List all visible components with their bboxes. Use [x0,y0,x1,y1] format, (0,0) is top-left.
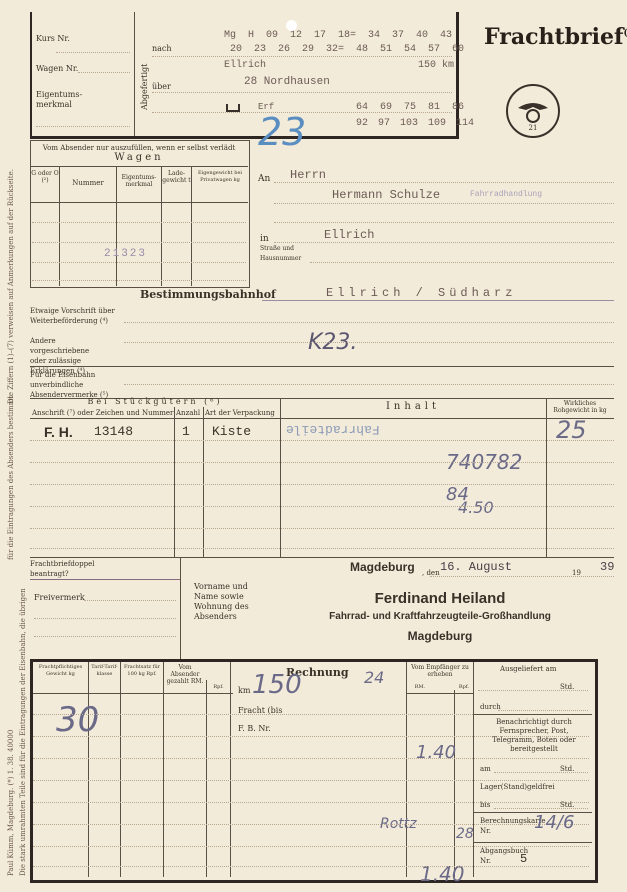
routing-via: 28 Nordhausen [244,76,330,88]
karte-label: Berechnungskarte Nr. [480,816,530,836]
ruled-line [33,802,589,803]
recipient-col-rpf: Rpf. [456,684,472,691]
ruled-line [32,280,246,281]
sender-label: Vorname und Name sowie Wohnung des Absen… [194,582,274,622]
side-text-middle: für die Eintragungen des Absenders besti… [6,394,16,560]
ueber-label: über [152,82,171,92]
ruled-line [30,440,614,441]
ruled-line [32,262,246,263]
routing-distance: 150 km [418,60,454,71]
goods-section-title: Bei Stückgütern (⁶) [30,397,280,407]
abgang-value: 5 [520,852,527,866]
wagen-label: Wagen Nr. [36,64,78,74]
recipient-col: Vom Empfänger zu erheben [407,664,473,678]
goods-number: 13148 [94,424,133,439]
recipient-city: Ellrich [324,228,374,242]
goods-col-verpackung: Art der Verpackung [205,408,275,418]
ausgeliefert-field[interactable] [478,690,588,691]
destination-station-field[interactable] [262,300,614,301]
routing-row1: Mg H 09 12 17 18= 34 37 40 43 [224,30,452,41]
recipient-line-1[interactable] [274,182,614,183]
ruled-line [30,548,614,549]
wagen-col-eigentum: Eigentums-merkmal [117,174,161,188]
ruled-line [30,506,614,507]
billing-col-tarif: Tarif-Tarif-klasse [89,664,120,678]
frame-left [30,12,32,138]
side-text-lower: Die stark umrahmten Teile sind für die E… [18,588,28,876]
sender-city: Magdeburg [340,629,540,643]
salutation: Herrn [290,168,326,182]
recipient-line-3[interactable] [274,222,614,223]
goods-col-weight: Wirkliches Rohgewicht in kg [548,400,612,414]
handwritten-number: 23 [258,110,306,154]
kurs-field[interactable] [56,52,130,53]
reichsbahn-stamp: 21 [506,84,560,138]
street-field[interactable] [310,262,614,263]
wagen-col-lade: Lade-gewicht t [162,170,191,184]
routing-row4: 92 97 103 109 114 [356,118,474,129]
goods-col-anschrift: Anschrift (⁷) oder Zeichen und Nummer [32,408,173,418]
billing-col-frachtsatz: Frachtsatz für 100 kg Rpf. [121,664,163,678]
bis-label: bis [480,800,490,810]
eigentum-field[interactable] [36,126,130,127]
recipient-name-stamp: Fahrradhandlung [470,190,542,199]
sender-business: Fahrrad- und Kraftfahrzeugteile-Großhand… [290,611,590,622]
side-text-printer: Paul Kümm, Magdeburg. (*) 1. 38. 40000 [6,730,16,876]
billing-col-weight: Frachtpflichtiges Gewicht kg [33,664,88,678]
benachrichtigt-label: Benachrichtigt durch Fernsprecher, Post,… [478,718,590,754]
wagen-col-go: G oder O (²) [31,170,59,184]
vermerke-label: Für die Eisenbahn unverbindliche Absende… [30,370,120,400]
kurs-label: Kurs Nr. [36,34,70,44]
ruled-line [30,462,614,463]
abgefertigt-label: Abgefertigt [140,64,150,110]
eigentum-label: Eigentums-merkmal [36,90,76,110]
ruled-line [32,242,246,243]
sender-name: Ferdinand Heiland [340,590,540,607]
goods-packaging: Kiste [212,424,251,439]
goods-col-inhalt: Inhalt [280,401,546,412]
vermerke-field[interactable] [124,384,614,385]
goods-mark: F. H. [44,424,73,440]
destination-station-label: Bestimmungsbahnhof [140,288,276,301]
km-value: 150 [252,670,302,700]
ruled-line [30,484,614,485]
billing-col-rpf: Rpf. [207,684,230,691]
recipient-rpf-value: 28 [456,826,474,842]
svg-text:21: 21 [529,124,538,132]
wagen-title: Wagen [30,152,248,163]
in-label: in [260,234,269,244]
fbnr-label: F. B. Nr. [238,724,271,734]
billing-col-gezahlt: Vom Absender gezahlt RM. [164,664,206,685]
wagen-col-eigengewicht: Eigengewicht bei Privatwagen kg [192,170,248,184]
ruled-line [33,866,589,867]
destination-station-value: Ellrich / Südharz [326,286,516,300]
doppel-label: Frachtbriefdoppel beantragt? [30,559,110,579]
goods-count: 1 [182,424,190,439]
date: 16. August [440,560,512,574]
form-title: Frachtbrief(¹) [484,24,627,50]
weiter-field[interactable] [124,322,614,323]
bis-field[interactable] [494,808,588,809]
an-label: An [258,174,270,184]
checkbox-icon [226,104,240,112]
am-label: am [480,764,491,774]
weiter-label: Etwaige Vorschrift über Weiterbeförderun… [30,306,120,326]
date-field[interactable] [430,576,614,577]
goods-note-3: 4.50 [458,498,494,517]
am-field[interactable] [494,772,588,773]
ausgeliefert-label: Ausgeliefert am [500,664,556,674]
recipient-col-rm: RM. [410,684,430,691]
city-line[interactable] [274,242,614,243]
ruled-line [32,222,246,223]
year: 39 [600,560,614,574]
routing-row2: 20 23 26 29 32= 48 51 54 57 60 [230,44,464,55]
durch-field[interactable] [498,710,588,711]
wagen-col-nummer: Nummer [60,180,116,187]
billing-num-24: 24 [364,668,384,687]
frame-bottom [30,136,458,139]
wagen-field[interactable] [78,72,130,73]
freivermerk-label: Freivermerk [34,593,85,603]
punch-hole [286,20,297,31]
eagle-emblem-icon: 21 [508,86,558,136]
ruled-line [33,780,589,781]
abgang-label: Abgangsbuch Nr. [480,846,514,866]
title-text: Frachtbrief [484,24,623,50]
title-footnote: (¹) [623,29,627,39]
goods-content: Fahrradteile [286,422,380,437]
km-label: km [238,686,250,696]
nach-label: nach [152,44,172,54]
wagen-stamp-number: 21323 [104,248,147,260]
freivermerk-field[interactable] [84,600,176,601]
recipient-line-2[interactable] [274,203,614,204]
routing-destination: Ellrich [224,60,266,71]
goods-col-anzahl: Anzahl [176,408,200,418]
karte-value: 14/6 [534,812,574,833]
side-text-upper: Die Ziffern (1)–(7) verweisen auf Anmerk… [6,169,16,404]
mid-value: 1.40 [416,742,456,763]
street-label: Straße und Hausnummer [260,244,306,264]
recipient-name: Hermann Schulze [332,188,440,202]
place: Magdeburg [350,560,415,574]
ruled-line [30,528,614,529]
ruled-line [33,758,589,759]
lager-label: Lager(Stand)geldfrei [480,782,555,792]
billing-weight-value: 30 [56,700,99,740]
